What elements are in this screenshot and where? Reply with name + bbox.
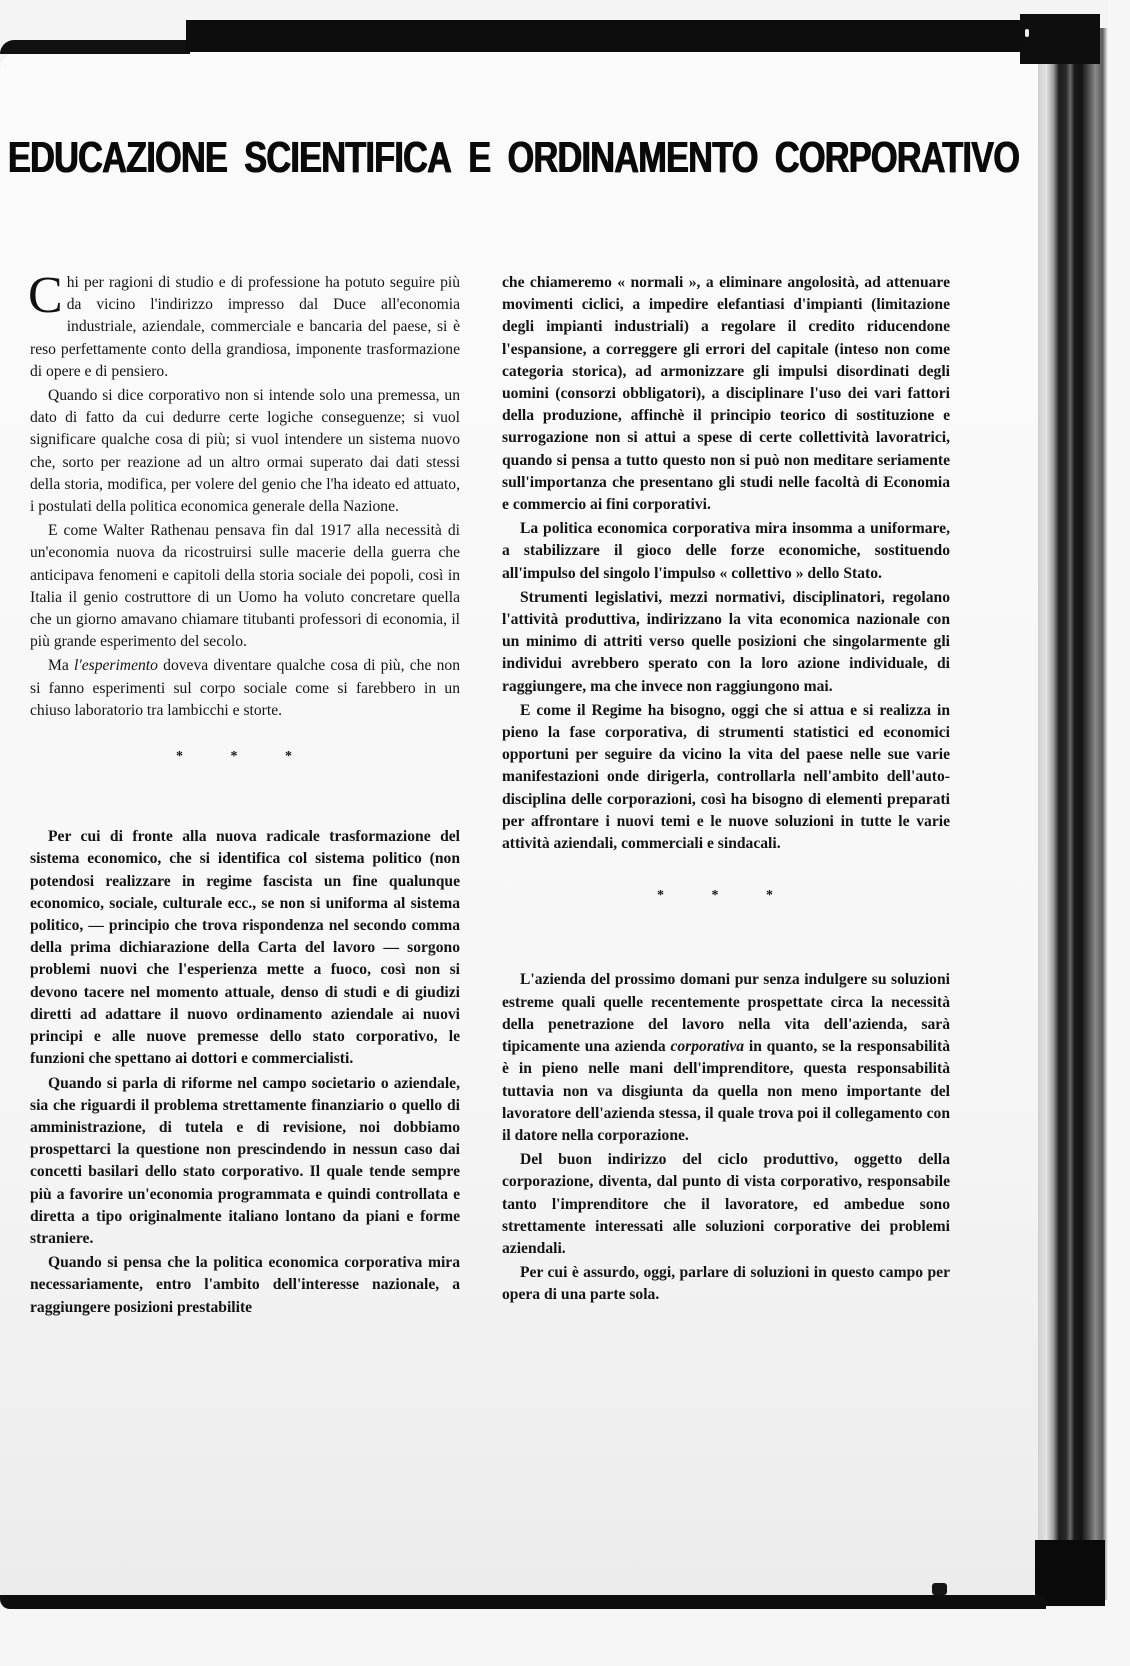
title-word: SCIENTIFICA xyxy=(244,133,451,183)
title-word: E xyxy=(468,133,490,183)
paragraph: Ma l'esperimento doveva diventare qualch… xyxy=(30,655,460,722)
paragraph: La politica economica corporativa mira i… xyxy=(502,518,950,585)
page-number-mark xyxy=(932,1583,947,1595)
paragraph: Strumenti legislativi, mezzi normativi, … xyxy=(502,587,950,698)
book-binding-edge xyxy=(1038,28,1108,1600)
article-title: EDUCAZIONESCIENTIFICAEORDINAMENTOCORPORA… xyxy=(8,133,788,183)
paragraph: Del buon indirizzo del ciclo produttivo,… xyxy=(502,1149,950,1260)
paragraph: Per cui di fronte alla nuova radicale tr… xyxy=(30,826,460,1070)
right-column: che chiameremo « normali », a eliminare … xyxy=(502,272,950,1309)
left-column: Chi per ragioni di studio e di professio… xyxy=(30,272,460,1321)
paragraph: Chi per ragioni di studio e di professio… xyxy=(30,272,460,383)
section-separator: * * * xyxy=(502,885,950,907)
scan-right-margin xyxy=(1108,0,1130,1666)
paragraph: Quando si parla di riforme nel campo soc… xyxy=(30,1073,460,1251)
drop-cap: C xyxy=(28,274,63,318)
italic-term: l'esperimento xyxy=(74,657,158,674)
title-word: EDUCAZIONE xyxy=(8,133,227,183)
paragraph: E come Walter Rathenau pensava fin dal 1… xyxy=(30,520,460,653)
scan-frame-top-left xyxy=(0,40,190,54)
paragraph: Quando si pensa che la politica economic… xyxy=(30,1252,460,1319)
italic-term: corporativa xyxy=(670,1038,744,1055)
section-separator: * * * xyxy=(30,746,460,768)
scan-bottom-margin xyxy=(0,1609,1130,1666)
title-word: CORPORATIVO xyxy=(775,133,1019,183)
scan-frame-bottom xyxy=(0,1595,1046,1609)
scan-frame-corner xyxy=(1020,14,1100,64)
paragraph: E come il Regime ha bisogno, oggi che si… xyxy=(502,700,950,855)
paragraph: che chiameremo « normali », a eliminare … xyxy=(502,272,950,516)
scan-artifact-mark xyxy=(1025,29,1029,37)
scan-frame-top xyxy=(186,20,1046,52)
paragraph: L'azienda del prossimo domani pur senza … xyxy=(502,969,950,1147)
title-word: ORDINAMENTO xyxy=(508,133,758,183)
paragraph: Per cui è assurdo, oggi, parlare di solu… xyxy=(502,1262,950,1306)
paragraph: Quando si dice corporativo non si intend… xyxy=(30,385,460,518)
